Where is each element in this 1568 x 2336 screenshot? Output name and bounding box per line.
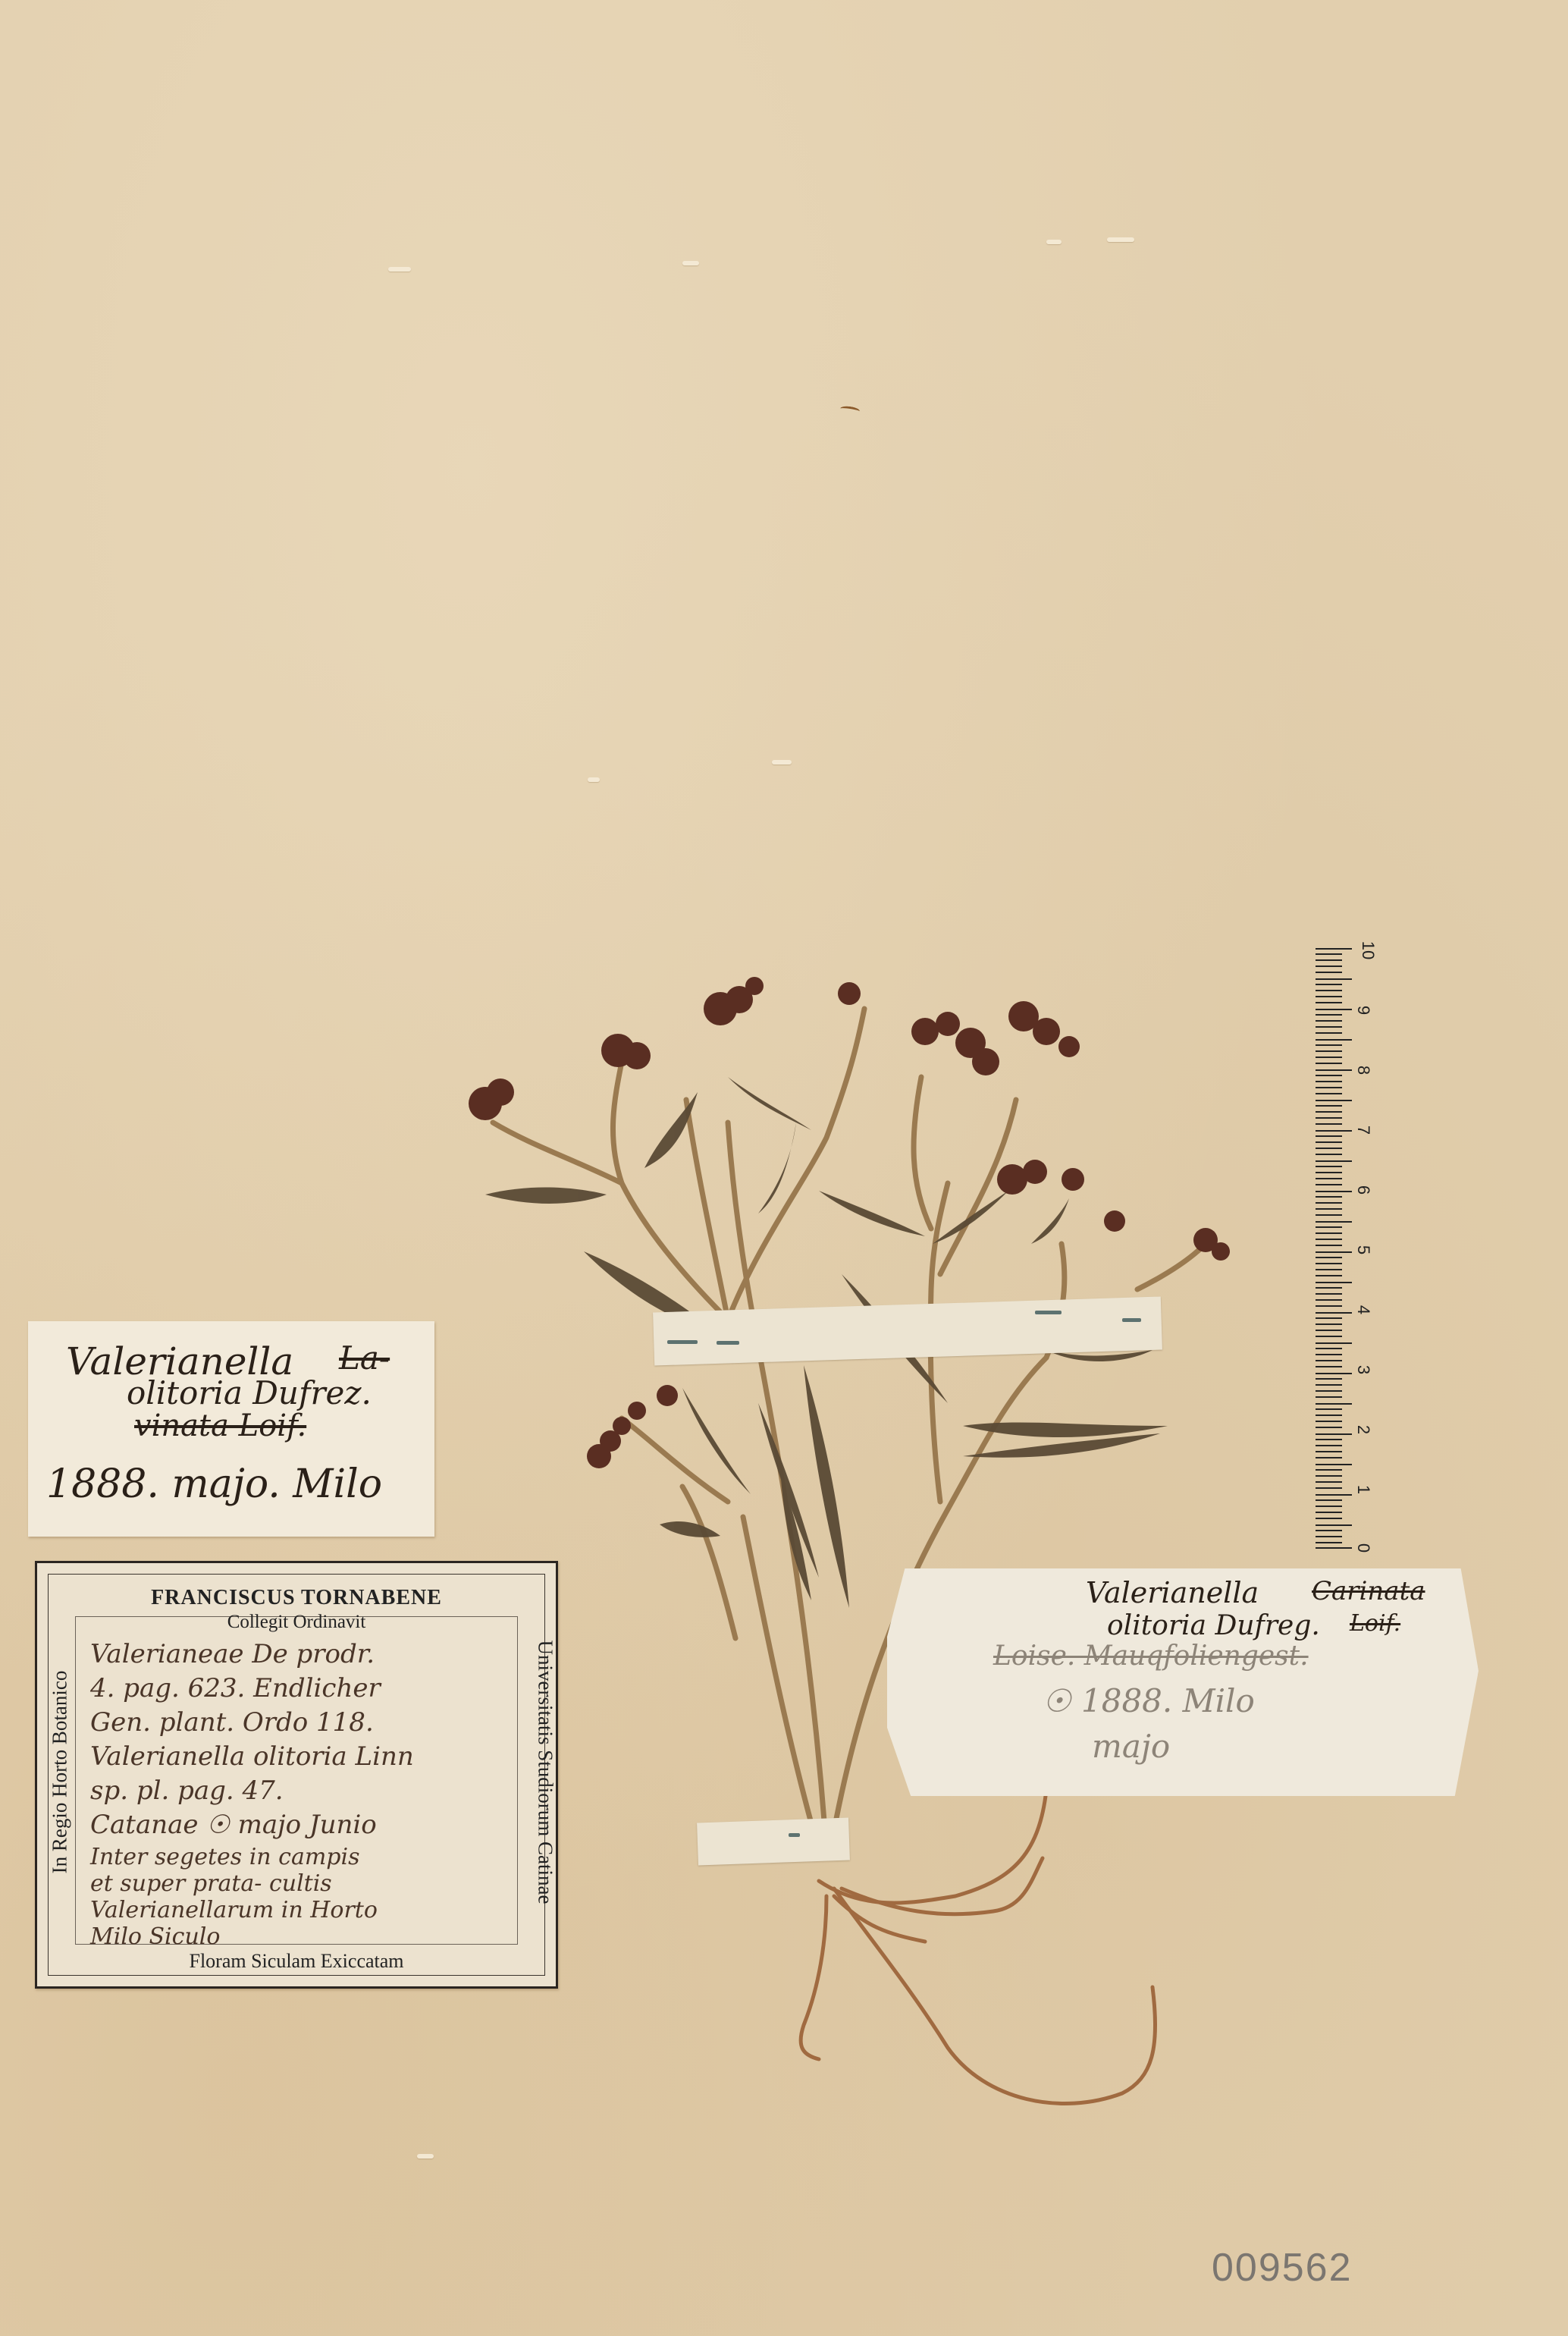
tornabene-note-8: et super prata- cultis [90,1870,332,1897]
tornabene-note-9: Valerianellarum in Horto [90,1897,378,1923]
pin [1035,1311,1062,1314]
env-month: majo [1092,1728,1170,1765]
det-species: olitoria Dufrez. [127,1374,372,1411]
tornabene-note-5: sp. pl. pag. 47. [90,1776,284,1806]
env-date-locality: ☉ 1888. Milo [1043,1682,1255,1719]
herbarium-sheet: Valerianella La- olitoria Dufrez. vinata… [0,0,1568,2336]
tornabene-note-3: Gen. plant. Ordo 118. [90,1707,374,1738]
ruler-label-10: 10 [1358,941,1378,959]
env-genus-struck: Carinata [1312,1576,1425,1606]
institution-left: In Regio Horto Botanico [49,1636,72,1909]
ruler-label-6: 6 [1353,1185,1373,1195]
tornabene-note-6: Catanae ☉ majo Junio [90,1810,377,1840]
pin [789,1833,800,1837]
pin [717,1341,739,1345]
determination-label: Valerianella La- olitoria Dufrez. vinata… [28,1321,434,1537]
mounting-tape [697,1818,850,1866]
env-species-struck: Loif. [1350,1610,1400,1637]
det-genus-struck: La- [339,1339,390,1377]
catalog-number: 009562 [1212,2245,1353,2290]
ruler-label-5: 5 [1353,1245,1373,1254]
ruler-label-3: 3 [1353,1365,1373,1374]
ruler-label-9: 9 [1353,1006,1373,1015]
env-genus: Valerianella [1086,1576,1259,1609]
scale-ruler: 10 9 8 7 6 5 4 3 2 1 0 [1312,940,1380,1555]
ruler-label-0: 0 [1353,1543,1373,1553]
ruler-minor-ticks [1316,948,1342,1549]
det-species-struck: vinata Loif. [134,1408,306,1443]
ruler-label-8: 8 [1353,1066,1373,1075]
tornabene-note-1: Valerianeae De prodr. [90,1639,375,1669]
ruler-label-7: 7 [1353,1126,1373,1135]
env-species: olitoria Dufreg. [1107,1610,1320,1641]
pin [667,1340,698,1344]
tornabene-note-4: Valerianella olitoria Linn [90,1741,414,1772]
tornabene-note-7: Inter segetes in campis [90,1844,360,1870]
ruler-label-1: 1 [1353,1485,1373,1494]
ruler-label-2: 2 [1353,1425,1373,1434]
institution-right: Universitatis Studiorum Catinae [534,1621,557,1924]
ruler-label-4: 4 [1353,1305,1373,1314]
envelope-label: Valerianella Carinata olitoria Dufreg. L… [887,1568,1479,1796]
collection-footer: Floram Siculam Exiccatam [37,1950,556,1973]
collector-label: FRANCISCUS TORNABENE Collegit Ordinavit … [35,1561,558,1989]
tornabene-note-10: Milo Siculo [90,1923,220,1950]
collector-name: FRANCISCUS TORNABENE [37,1586,556,1610]
det-date-locality: 1888. majo. Milo [46,1462,382,1507]
tornabene-note-2: 4. pag. 623. Endlicher [90,1673,381,1703]
pin [1122,1318,1141,1322]
env-old-name-struck: Loise. Mauqfoliengest. [993,1641,1309,1672]
collector-subheader: Collegit Ordinavit [37,1612,556,1633]
